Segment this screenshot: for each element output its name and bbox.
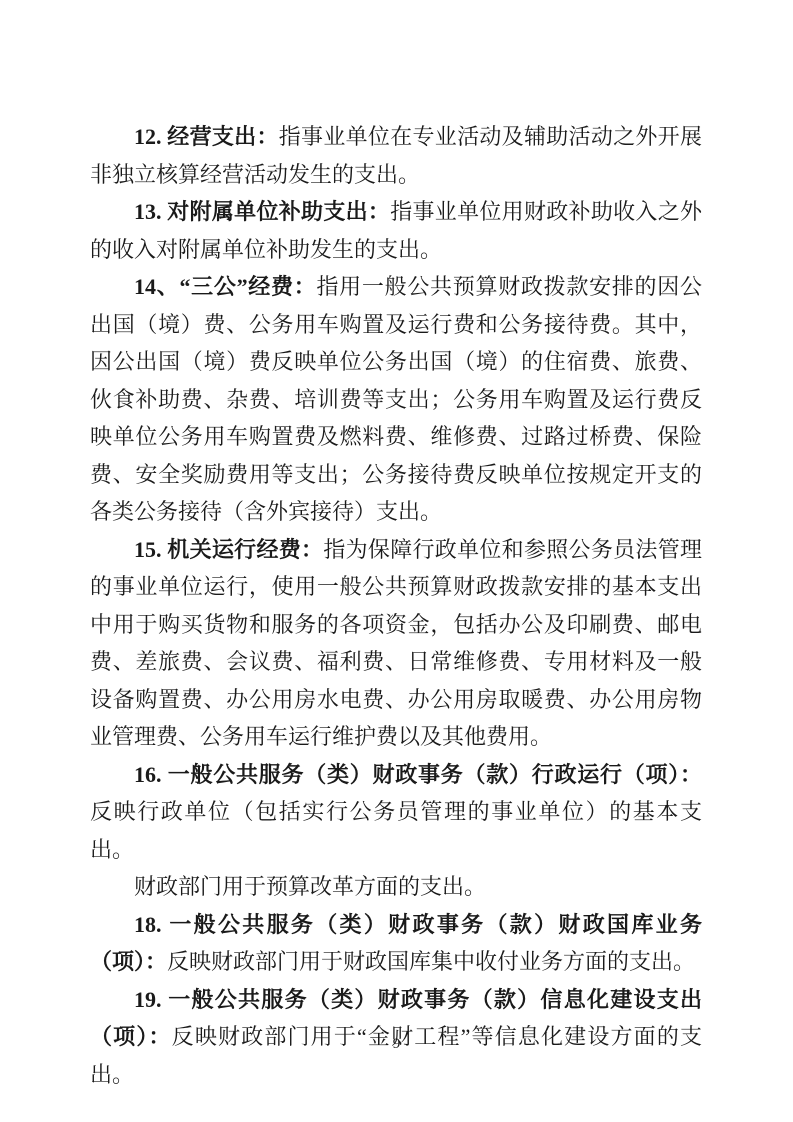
item-number: 13. — [134, 199, 167, 224]
paragraph-text: 财政部门用于预算改革方面的支出。 — [134, 874, 486, 899]
paragraph: 财政部门用于预算改革方面的支出。 — [90, 868, 702, 906]
paragraph-heading: 16. 一般公共服务（类）财政事务（款）行政运行（项）： — [134, 762, 702, 787]
paragraph-text: 反映财政部门用于财政国库集中收付业务方面的支出。 — [167, 949, 695, 974]
paragraph: 13. 对附属单位补助支出：指事业单位用财政补助收入之外的收入对附属单位补助发生… — [90, 193, 702, 268]
document-body: 12. 经营支出：指事业单位在专业活动及辅助活动之外开展非独立核算经营活动发生的… — [90, 118, 702, 1093]
paragraph: 16. 一般公共服务（类）财政事务（款）行政运行（项）：反映行政单位（包括实行公… — [90, 756, 702, 869]
paragraph-text: 指用一般公共预算财政拨款安排的因公出国（境）费、公务用车购置及运行费和公务接待费… — [90, 274, 702, 524]
item-term: 机关运行经费： — [167, 537, 323, 562]
paragraph-text: 反映行政单位（包括实行公务员管理的事业单位）的基本支出。 — [90, 799, 702, 862]
paragraph: 14、“三公”经费：指用一般公共预算财政拨款安排的因公出国（境）费、公务用车购置… — [90, 268, 702, 531]
paragraph-heading: 13. 对附属单位补助支出： — [134, 199, 390, 224]
item-number: 12. — [134, 124, 167, 149]
item-number: 15. — [134, 537, 167, 562]
item-term: 一般公共服务（类）财政事务（款）行政运行（项）： — [168, 762, 702, 787]
item-term: 对附属单位补助支出： — [167, 199, 390, 224]
item-number: 18. — [134, 912, 169, 937]
paragraph-heading: 15. 机关运行经费： — [134, 537, 323, 562]
item-number: 19. — [134, 987, 168, 1012]
paragraph: 18. 一般公共服务（类）财政事务（款）财政国库业务（项）：反映财政部门用于财政… — [90, 906, 702, 981]
item-term: 经营支出： — [167, 124, 278, 149]
paragraph: 15. 机关运行经费：指为保障行政单位和参照公务员法管理的事业单位运行，使用一般… — [90, 531, 702, 756]
paragraph-heading: 12. 经营支出： — [134, 124, 279, 149]
paragraph: 12. 经营支出：指事业单位在专业活动及辅助活动之外开展非独立核算经营活动发生的… — [90, 118, 702, 193]
item-number: 16. — [134, 762, 168, 787]
paragraph-text: 反映财政部门用于“金财工程”等信息化建设方面的支出。 — [90, 1024, 702, 1087]
page-number: 9 — [0, 1036, 793, 1053]
paragraph-text: 指为保障行政单位和参照公务员法管理的事业单位运行，使用一般公共预算财政拨款安排的… — [90, 537, 702, 750]
item-number: 14、 — [134, 274, 179, 299]
paragraph-heading: 14、“三公”经费： — [134, 274, 316, 299]
item-term: “三公”经费： — [179, 274, 316, 299]
